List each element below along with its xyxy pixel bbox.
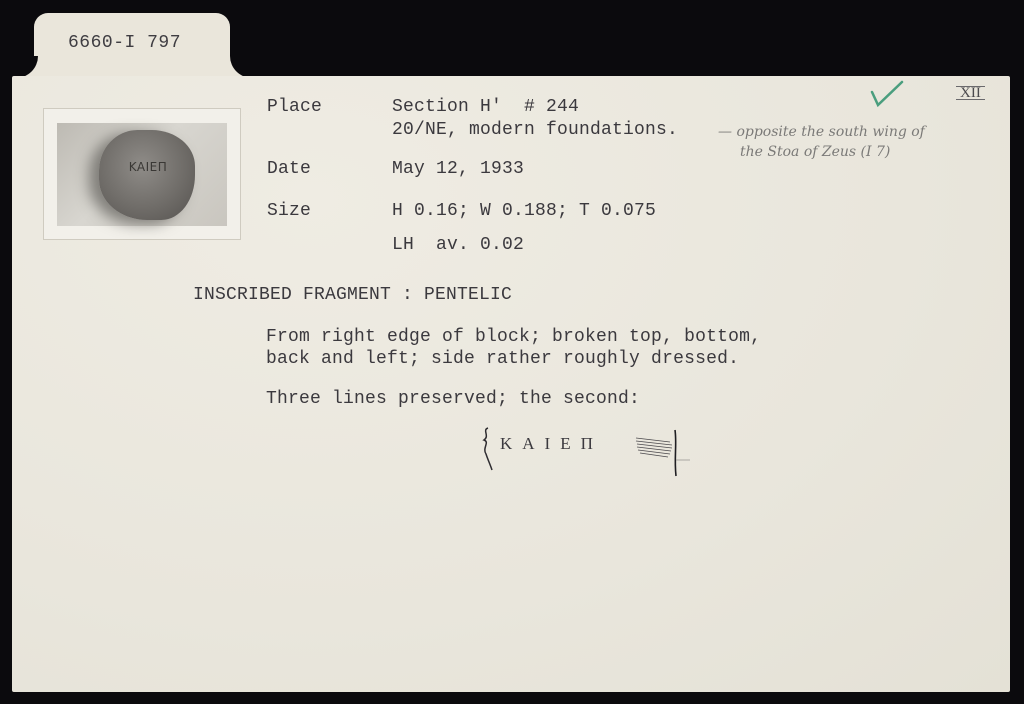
stone-fragment-image: KAIEΠ [99,130,195,220]
place-line-1: Section H' # 244 [392,97,579,117]
erased-letters-hatch-icon [634,428,694,478]
stone-inscription: KAIEΠ [105,160,191,174]
date-value: May 12, 1933 [392,159,524,179]
lines-preserved-note: Three lines preserved; the second: [266,389,640,409]
place-line-2: 20/NE, modern foundations. [392,120,678,140]
handwritten-note-line-2: the Stoa of Zeus (I 7) [740,144,890,160]
tab-corner-right [222,56,254,78]
field-label-place: Place [267,97,322,117]
photo-mount: KAIEΠ [43,108,241,240]
tab-corner-left [12,56,42,78]
broken-edge-left-icon [478,426,498,472]
description-line-2: back and left; side rather roughly dress… [266,349,739,369]
handwritten-note-line-1: — opposite the south wing of [718,124,925,140]
corner-mark: XII [956,86,985,100]
inscription-line: KAIEΠ [500,434,603,454]
fragment-photo: KAIEΠ [57,123,227,226]
field-label-date: Date [267,159,311,179]
letter-height-value: LH av. 0.02 [392,235,524,255]
object-heading: INSCRIBED FRAGMENT : PENTELIC [193,285,512,305]
description-line-1: From right edge of block; broken top, bo… [266,327,761,347]
catalog-number: 6660-I 797 [68,33,181,53]
size-value: H 0.16; W 0.188; T 0.075 [392,201,656,221]
check-mark-icon [870,80,904,108]
field-label-size: Size [267,201,311,221]
